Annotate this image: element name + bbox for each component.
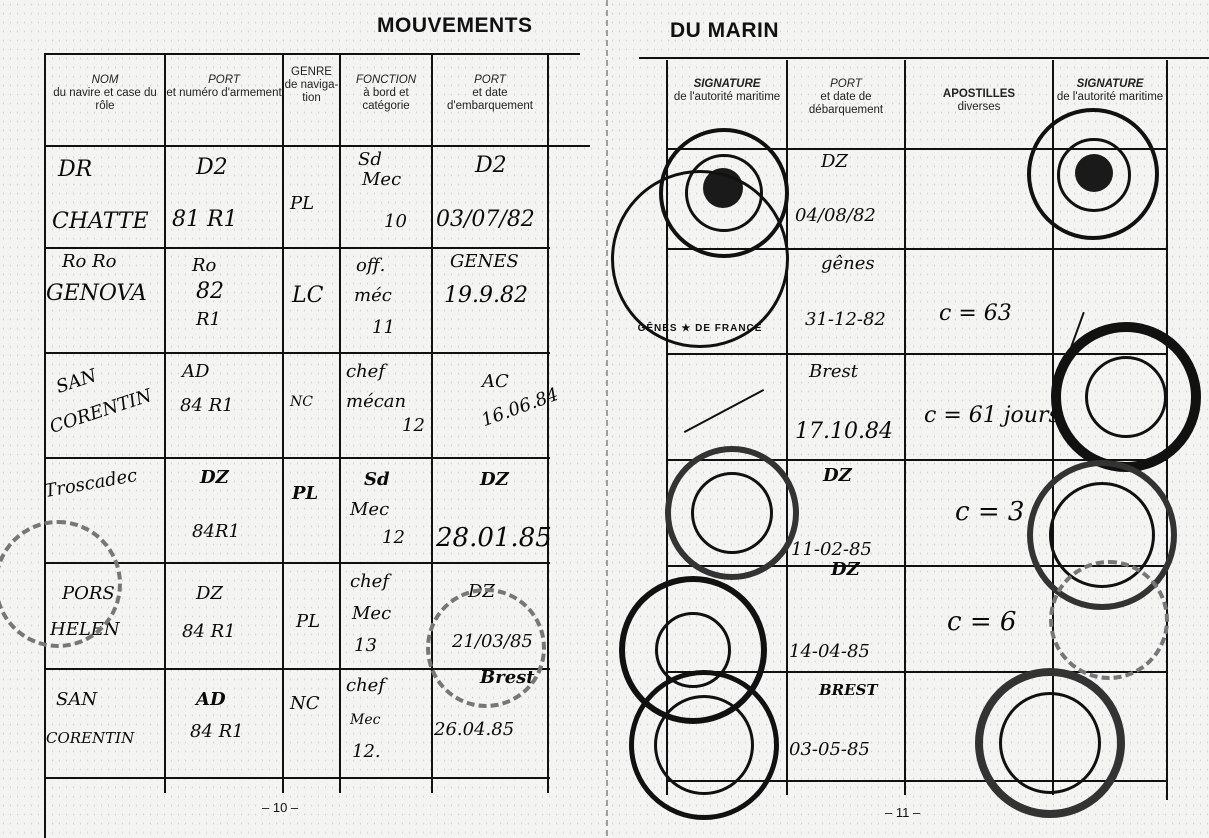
fonction-line2: méc: [354, 286, 392, 306]
col-divider: [431, 53, 433, 793]
left-page: MOUVEMENTS NOM du navire et case du rôle…: [0, 0, 606, 838]
ship-name-line2: CORENTIN: [46, 728, 134, 748]
row-divider: [45, 352, 550, 354]
embark-line2: 28.01.85: [436, 526, 552, 550]
disembark-line2: 17.10.84: [795, 420, 893, 444]
genre-value: PL: [292, 484, 318, 504]
port-armement-line2: 84 R1: [190, 722, 244, 742]
disembark-line1: BREST: [819, 680, 878, 700]
fonction-line2: Mec: [350, 500, 389, 520]
col-divider: [904, 60, 906, 795]
disembark-line2: 31-12-82: [805, 310, 886, 330]
fonction-line1: chef: [346, 676, 385, 696]
disembark-line2: 14-04-85: [789, 642, 870, 662]
col-divider: [786, 60, 788, 795]
ship-name-line1: Troscadec: [43, 466, 139, 502]
fonction-line3: 12: [382, 528, 405, 548]
embark-line2: 26.04.85: [434, 720, 514, 740]
ship-name-line2: CHATTE: [52, 210, 149, 234]
disembark-line1: DZ: [823, 466, 852, 486]
header-signature-authority: SIGNATURE de l'autorité maritime: [668, 78, 786, 104]
header-signature-authority-2: SIGNATURE de l'autorité maritime: [1054, 78, 1166, 104]
ship-name-line1: SAN: [54, 366, 99, 398]
port-armement-line1: Ro: [192, 256, 216, 276]
fonction-line2: mécan: [346, 392, 406, 412]
embark-line2: 03/07/82: [436, 208, 535, 232]
right-page: DU MARIN SIGNATURE de l'autorité maritim…: [609, 0, 1209, 838]
row-divider: [45, 247, 550, 249]
header-ship-name: NOM du navire et case du rôle: [46, 74, 164, 113]
stamp-brest: [1051, 322, 1201, 472]
title-left: MOUVEMENTS: [377, 14, 533, 38]
genre-value: LC: [292, 284, 323, 308]
port-armement-line1: AD: [182, 362, 209, 382]
fonction-line2: Mec: [350, 710, 380, 730]
stamp-bottom-right: [975, 668, 1125, 818]
port-armement-line2: 82: [196, 280, 224, 304]
port-armement-line2: 81 R1: [172, 208, 238, 232]
stamp-anchor: [665, 446, 799, 580]
genre-value: NC: [290, 694, 320, 714]
stamp-genes-outer: GÊNES ★ DE FRANCE: [611, 170, 789, 348]
row-divider: [45, 777, 550, 779]
genre-value: NC: [290, 392, 313, 412]
fonction-line3: 12: [402, 416, 425, 436]
faint-stamp-right: [1049, 560, 1169, 680]
col-divider: [282, 53, 284, 793]
col-divider: [339, 53, 341, 793]
disembark-line2: 11-02-85: [791, 540, 872, 560]
fonction-line3: 11: [372, 318, 395, 338]
embark-line1: DZ: [480, 470, 509, 490]
embark-line1: D2: [475, 154, 507, 178]
embark-line1: AC: [482, 372, 509, 392]
row-divider: [45, 562, 550, 564]
header-fonction: FONCTION à bord et catégorie: [341, 74, 431, 113]
faint-stamp-embark: [426, 588, 546, 708]
apostille-value: c = 3: [955, 500, 1024, 524]
port-armement-line1: D2: [196, 156, 228, 180]
header-port-embarquement: PORT et date d'embarquement: [433, 74, 547, 113]
apostille-value: c = 63: [939, 302, 1012, 326]
col-divider: [164, 53, 166, 793]
fonction-line2: Mec: [362, 170, 401, 190]
fonction-line1: Sd: [364, 470, 390, 490]
genre-value: PL: [296, 612, 320, 632]
ship-name-line1: Ro Ro: [62, 252, 117, 272]
stamp-douarnenez-1: [1027, 108, 1159, 240]
stamp-affaires-maritimes: [629, 670, 779, 820]
port-armement-line1: DZ: [200, 468, 229, 488]
disembark-line1: DZ: [821, 152, 848, 172]
header-genre: GENRE de naviga-tion: [284, 66, 339, 105]
page-number-left: – 10 –: [262, 800, 298, 815]
page-number-right: – 11 –: [885, 805, 920, 820]
port-armement-line1: DZ: [196, 584, 223, 604]
disembark-line1: gênes: [821, 254, 875, 274]
embark-line1: GENES: [450, 252, 519, 272]
port-armement-line2: 84 R1: [180, 396, 234, 416]
title-right: DU MARIN: [670, 19, 779, 43]
fonction-line1: off.: [356, 256, 385, 276]
port-armement-line1: AD: [196, 690, 226, 710]
fonction-line3: 13: [354, 636, 377, 656]
fonction-line2: Mec: [352, 604, 391, 624]
col-divider: [44, 53, 46, 838]
title-rule: [639, 57, 1209, 59]
disembark-line1: DZ: [831, 560, 860, 580]
fonction-line1: chef: [350, 572, 389, 592]
header-port-debarquement: PORT et date de débarquement: [788, 78, 904, 117]
header-apostilles: APOSTILLES diverses: [906, 88, 1052, 114]
fonction-line3: 12.: [352, 742, 381, 762]
apostille-value: c = 61 jours: [924, 404, 1060, 428]
genre-value: PL: [290, 194, 314, 214]
apostille-value: c = 6: [947, 610, 1016, 634]
ship-name-line1: DR: [58, 158, 92, 182]
disembark-line2: 03-05-85: [789, 740, 870, 760]
port-armement-line3: R1: [196, 310, 221, 330]
port-armement-line2: 84 R1: [182, 622, 236, 642]
disembark-line1: Brest: [809, 362, 858, 382]
fonction-line1: chef: [346, 362, 385, 382]
faint-stamp-left: [0, 520, 122, 648]
signature-mark: [684, 389, 764, 433]
header-port-armement: PORT et numéro d'armement: [166, 74, 282, 100]
disembark-line2: 04/08/82: [795, 206, 876, 226]
fonction-line3: 10: [384, 212, 407, 232]
port-armement-line2: 84R1: [192, 522, 240, 542]
ship-name-line1: SAN: [56, 690, 97, 710]
row-divider: [45, 457, 550, 459]
page-gutter: [606, 0, 608, 838]
row-divider: [45, 145, 590, 147]
ship-name-line2: GENOVA: [46, 282, 147, 306]
embark-line2: 19.9.82: [444, 284, 528, 308]
fonction-line1: Sd: [358, 150, 382, 170]
title-rule: [44, 53, 580, 55]
col-divider: [547, 53, 549, 793]
